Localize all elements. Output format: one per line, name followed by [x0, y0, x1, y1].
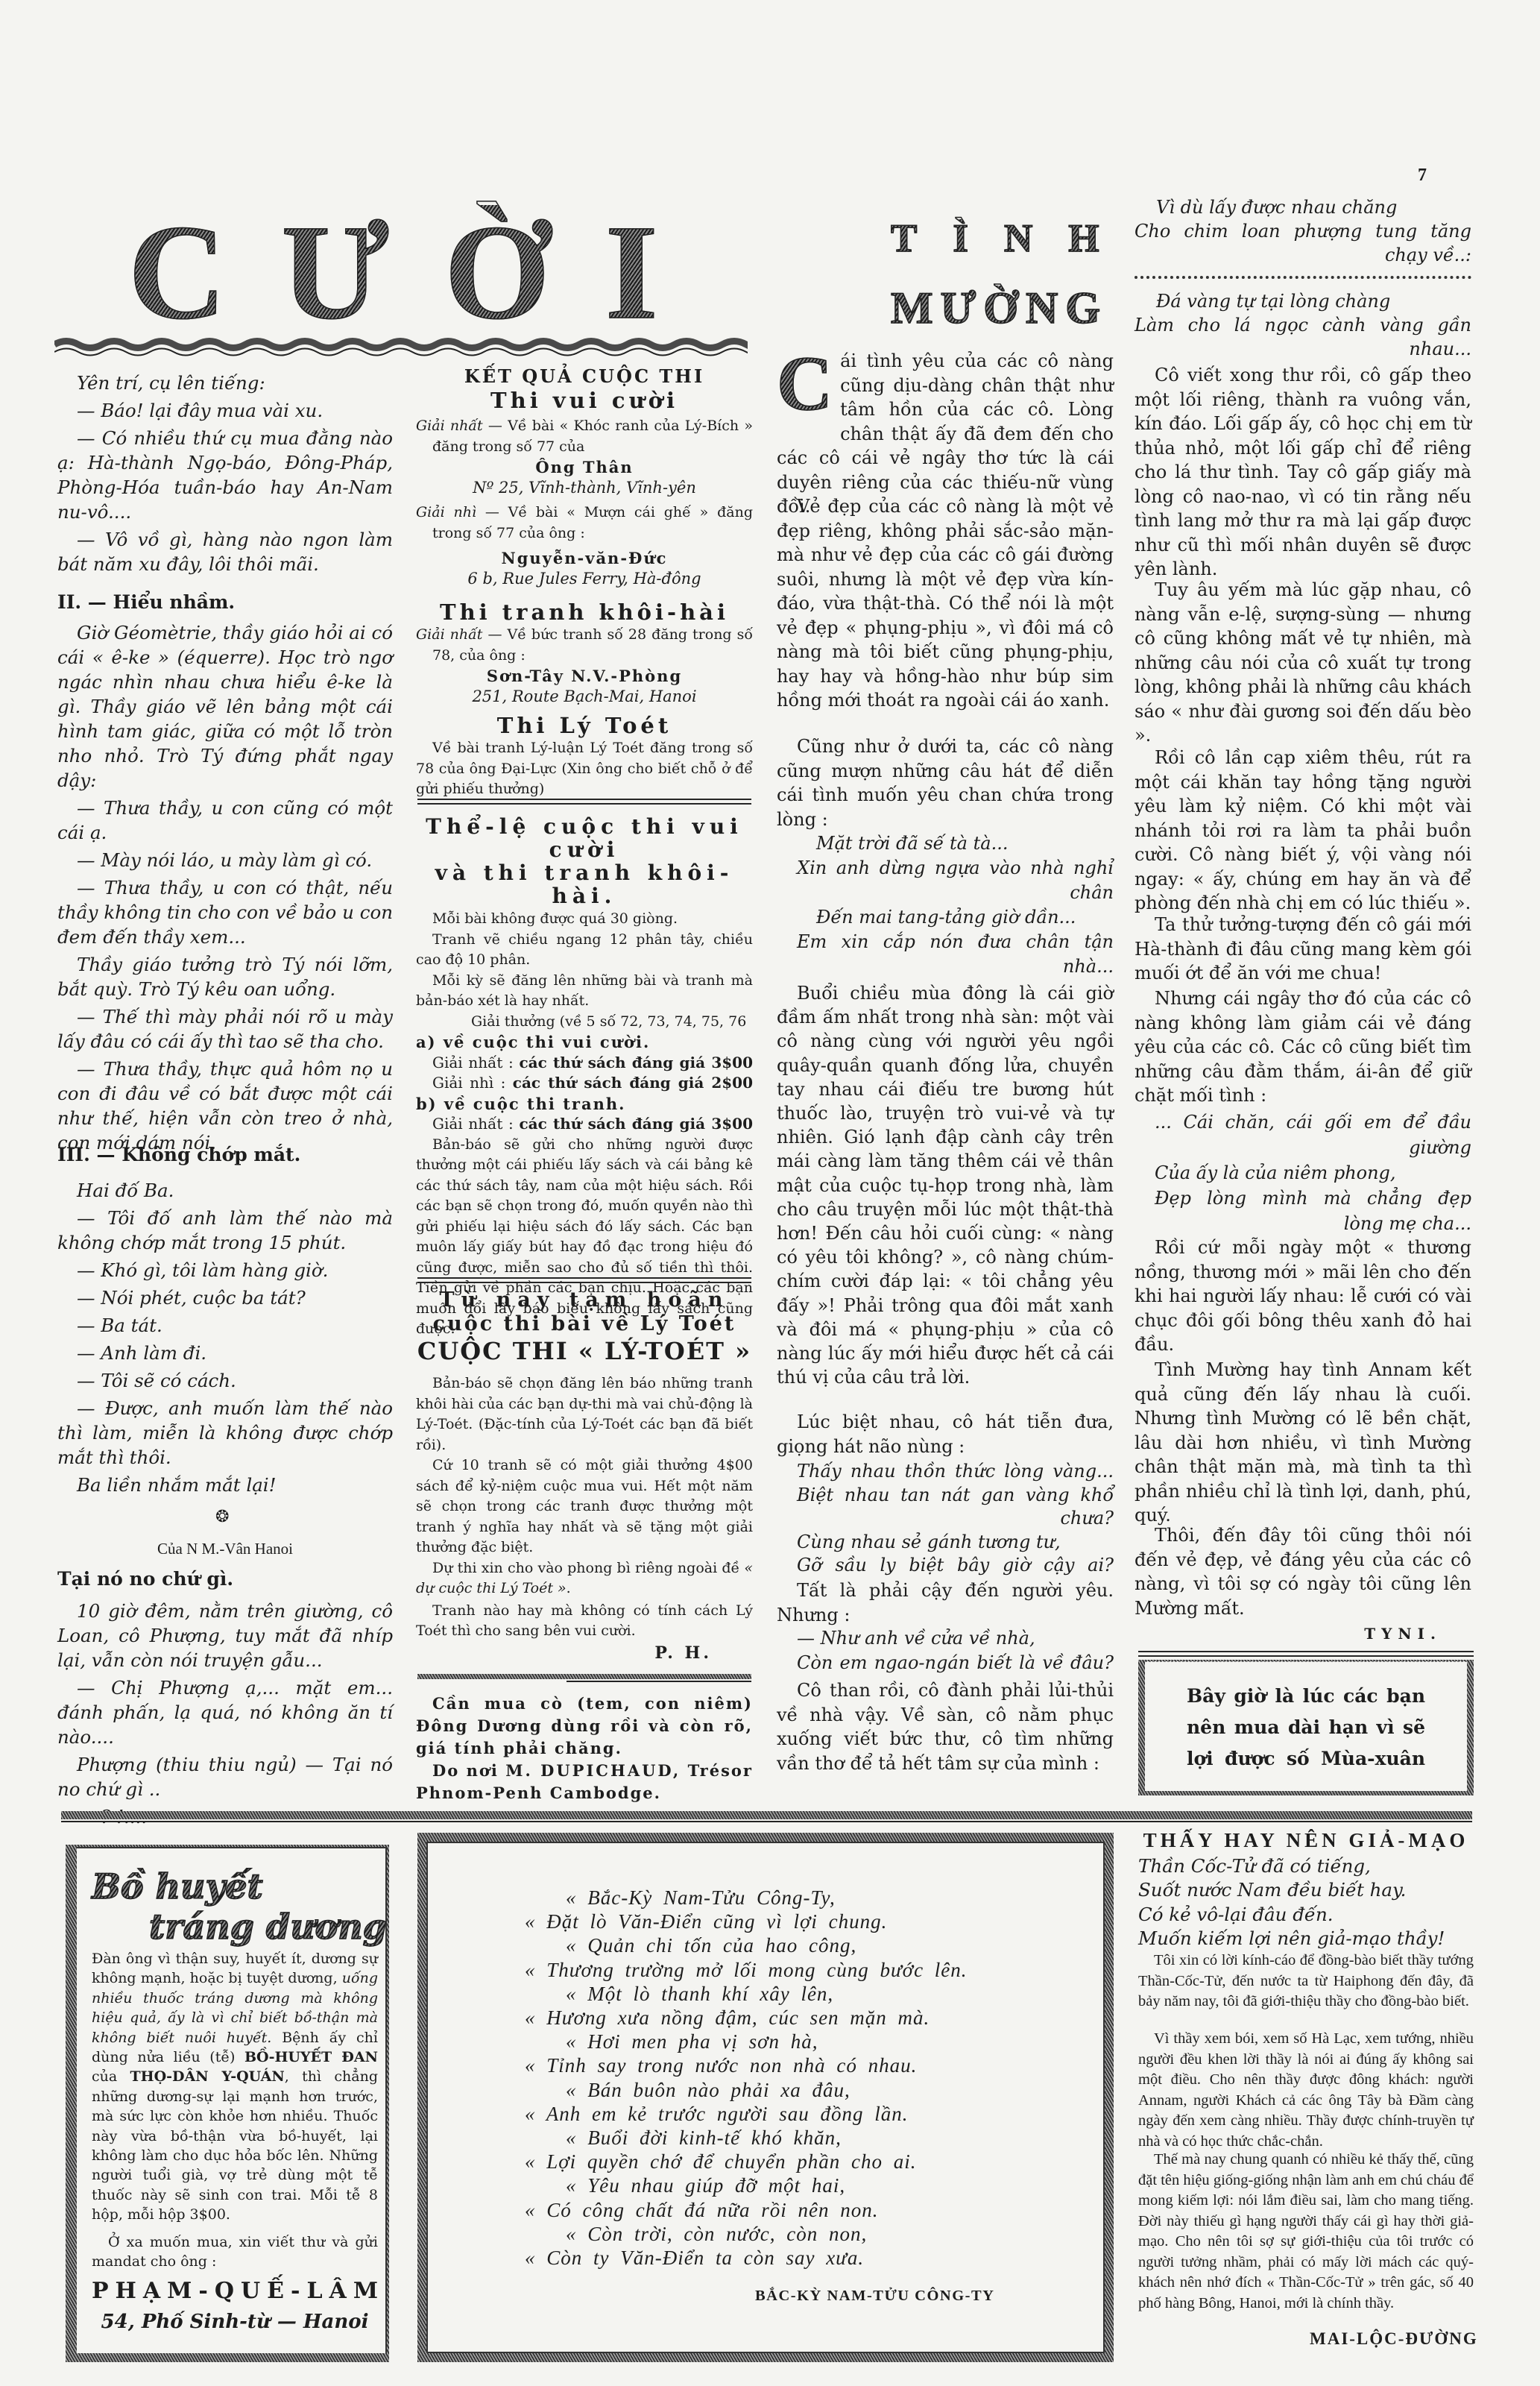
joke-story-4: Tại nó no chứ gì. 10 giờ đêm, nằm trên g…: [57, 1566, 393, 1829]
ad-seller-name: PHẠM-QUẾ-LÂM: [92, 2277, 378, 2305]
poem-line-tail: nhà...: [777, 954, 1114, 979]
poem-line: Đá vàng tự tại lòng chàng: [1135, 289, 1471, 313]
rule-item: Tranh vẽ chiều ngang 12 phân tây, chiều …: [416, 930, 753, 971]
ly-toet-text: Dự thi xin cho vào phong bì riêng ngoài …: [432, 1560, 744, 1576]
dot-leader: [1135, 267, 1471, 289]
stamp-contact-name: M. DUPICHAUD,: [505, 1761, 681, 1780]
ly-toet-paragraph: Dự thi xin cho vào phong bì riêng ngoài …: [416, 1558, 753, 1599]
joke-story-2: II. — Hiểu nhầm. Giờ Géomètrie, thầy giá…: [57, 589, 393, 1155]
joke-heading: II. — Hiểu nhầm.: [57, 589, 393, 616]
joke-paragraph: — Báo! lại đây mua vài xu.: [57, 398, 393, 423]
stamp-contact: Do nơi M. DUPICHAUD, Trésor Phnom-Penh C…: [416, 1760, 753, 1804]
joke-paragraph: — Anh làm đi.: [57, 1341, 393, 1365]
joke-heading: Tại nó no chứ gì.: [57, 1566, 393, 1593]
ly-toet-title-main: CUỘC THI « LÝ-TOÉT »: [416, 1336, 753, 1366]
article-paragraph: Thôi, đến đây tôi cũng thôi nói đến vẻ đ…: [1135, 1523, 1471, 1620]
ad-text: của: [92, 2068, 130, 2085]
prize-label: Giải nhất: [416, 418, 483, 434]
joke-paragraph: Yên trí, cụ lên tiếng:: [57, 371, 393, 395]
article-paragraph: Ta thử tưởng-tượng đến cô gái mới Hà-thà…: [1135, 913, 1471, 986]
joke-paragraph: — Được, anh muốn làm thế nào thì làm, mi…: [57, 1396, 393, 1470]
prize-label: Giải nhất :: [432, 1054, 519, 1071]
prize-value: các thứ sách đáng giá 3$00: [519, 1054, 753, 1071]
contest-section-heading: Thi vui cười: [416, 388, 753, 413]
joke-paragraph: — Thưa thầy, u con cũng có một cái ạ.: [57, 796, 393, 845]
joke-story-3: III. — Không chớp mắt. Hai đố Ba. — Tôi …: [57, 1142, 393, 1497]
ad-title: THẤY HAY NÊN GIẢ-MẠO: [1138, 1828, 1474, 1852]
article-paragraph: Cũng như ở dưới ta, các cô nàng cũng mượ…: [777, 734, 1114, 831]
article-signature: TYNI.: [1135, 1622, 1442, 1645]
joke-paragraph: — Tôi sẽ có cách.: [57, 1368, 393, 1393]
poem-line: Của ấy là của niêm phong,: [1135, 1160, 1471, 1186]
ad-paragraph: Thế mà nay chung quanh có nhiều kẻ thấy …: [1138, 2150, 1474, 2314]
contest-section-heading: Thi tranh khôi-hài: [416, 599, 753, 625]
poem-line-tail: chạy về..:: [1135, 243, 1471, 267]
poem-line: Biệt nhau tan nát gan vàng khổ: [777, 1484, 1114, 1508]
stamp-notice: Cần mua cò (tem, con niêm) Đông Dương dù…: [416, 1693, 753, 1804]
prize-label: Giải nhất :: [432, 1115, 519, 1133]
ad-poem: Thần Cốc-Tử đã có tiếng, Suốt nước Nam đ…: [1138, 1854, 1474, 1951]
ad-paragraph: Tôi xin có lời kính-cáo để đồng-bào biết…: [1138, 1951, 1474, 2012]
article-paragraph: Lúc biệt nhau, cô hát tiễn đưa, giọng há…: [777, 1410, 1114, 1458]
poem-line-tail: chân: [777, 881, 1114, 905]
joke-paragraph: Phượng (thiu thiu ngủ) — Tại nó no chứ g…: [57, 1752, 393, 1801]
joke-paragraph: — Ba tát.: [57, 1313, 393, 1338]
article-paragraph: Buổi chiều mùa đông là cái giờ đầm ấm nh…: [777, 981, 1114, 1389]
joke-paragraph: — Mày nói láo, u mày làm gì có.: [57, 848, 393, 872]
ad-poem-line: « Thương trường mở lối mong cùng bước lê…: [525, 1958, 1061, 1982]
joke-paragraph: — Tôi đố anh làm thế nào mà không chớp m…: [57, 1206, 393, 1255]
prizes-intro: Giải thưởng (về 5 số 72, 73, 74, 75, 76: [416, 1012, 753, 1033]
ly-toet-contest: Từ nay tạm hoãn cuộc thi bài về Lý Toét …: [416, 1288, 753, 1664]
prize-entry: Giải nhất — Về bài « Khóc ranh của Lý-Bí…: [416, 416, 753, 457]
rule-item: Mỗi kỳ sẽ đăng lên những bài và tranh mà…: [416, 971, 753, 1012]
joke-paragraph: 10 giờ đêm, nằm trên giường, cô Loan, cô…: [57, 1599, 393, 1672]
section-masthead-cuoi: CƯỜI: [128, 205, 713, 341]
joke-paragraph: — Vô vồ gì, hàng nào ngon làm bát năm xu…: [57, 527, 393, 576]
ad-poem-line: « Hơi men pha vị sơn hà,: [525, 2030, 1061, 2053]
joke-paragraph: — Thưa thầy, u con có thật, nếu thầy khô…: [57, 875, 393, 949]
page-number: 7: [1418, 166, 1427, 186]
poem-line-tail: giường: [1135, 1135, 1471, 1160]
ad-poem-line: « Có công chất đá nữa rồi nên non.: [525, 2198, 1061, 2222]
poem-line: Làm cho lá ngọc cành vàng gần: [1135, 313, 1471, 337]
folk-poem: Thấy nhau thồn thức lòng vàng... Biệt nh…: [777, 1460, 1114, 1578]
joke-credit: Của N M.-Vân Hanoi: [57, 1538, 393, 1559]
poem-line: Đến mai tang-tảng giờ dần...: [777, 905, 1114, 930]
stamp-notice-text: Cần mua cò (tem, con niêm) Đông Dương dù…: [416, 1693, 753, 1760]
ad-poem-line: Có kẻ vô-lại đâu đến.: [1138, 1903, 1474, 1927]
winner-address: Nº 25, Vĩnh-thành, Vĩnh-yên: [416, 478, 753, 499]
joke-paragraph: — Thế thì mày phải nói rõ u mày lấy đâu …: [57, 1004, 393, 1054]
winner-name: Nguyễn-văn-Đức: [416, 548, 753, 569]
prize-value: các thứ sách đáng giá 3$00: [519, 1115, 753, 1133]
joke-paragraph: — Chị Phượng ạ,... mặt em... đánh phấn, …: [57, 1675, 393, 1749]
ad-poem-line: « Tỉnh say trong nước non nhà có nhau.: [525, 2053, 1061, 2077]
article-paragraph: Rồi cứ mỗi ngày một « thương nồng, thươn…: [1135, 1236, 1471, 1357]
joke-paragraph: Giờ Géomètrie, thầy giáo hỏi ai có cái «…: [57, 620, 393, 793]
ad-body: Đàn ông vì thận suy, huyết ít, dương sự …: [92, 1949, 378, 2225]
winner-name: Sơn-Tây N.V.-Phòng: [416, 666, 753, 687]
article-paragraph: Vẻ đẹp của các cô nàng là một vẻ đẹp riê…: [777, 494, 1114, 713]
poem-line-tail: nhau...: [1135, 337, 1471, 361]
winner-address: 6 b, Rue Jules Ferry, Hà-đông: [416, 569, 753, 590]
stamp-contact-pre: Do nơi: [432, 1761, 505, 1780]
rule-item: Mỗi bài không được quá 30 giòng.: [416, 909, 753, 930]
contest-results: KẾT QUẢ CUỘC THI Thi vui cười Giải nhất …: [416, 365, 753, 800]
section-divider: [61, 1811, 1472, 1819]
poem-line: Còn em ngao-ngán biết là về đâu?: [777, 1651, 1114, 1675]
joke-paragraph: Hai đố Ba.: [57, 1178, 393, 1203]
prize-text: — Về bài « Mượn cái ghế » đăng trong số …: [432, 504, 753, 541]
letter-poem: Vì dù lấy được nhau chăng Cho chim loan …: [1135, 195, 1471, 361]
ad-poem-line: « Quản chi tốn của hao công,: [525, 1933, 1061, 1957]
folk-poem: Mặt trời đã sế tà tà... Xin anh dừng ngự…: [777, 831, 1114, 979]
decorative-rule: [417, 1674, 751, 1679]
poem-line-tail: chưa?: [777, 1507, 1114, 1531]
ad-poem-line: « Bắc-Kỳ Nam-Tửu Công-Ty,: [525, 1886, 1061, 1910]
ad-poem-line: « Đặt lò Văn-Điển cũng vì lợi chung.: [525, 1910, 1061, 1933]
article-paragraph: Tất là phải cậy đến người yêu. Nhưng :: [777, 1578, 1114, 1627]
ly-toet-paragraph: Cứ 10 tranh sẽ có một giải thưởng 4$00 s…: [416, 1455, 753, 1558]
ad-title-line-2: tráng dương: [149, 1907, 387, 1947]
ad-poem-line: Suốt nước Nam đều biết hay.: [1138, 1878, 1474, 1902]
prize-label: Giải nhì: [416, 504, 476, 520]
article-paragraph: Tuy âu yếm mà lúc gặp nhau, cô nàng vẫn …: [1135, 578, 1471, 748]
prize-label: Giải nhì :: [432, 1074, 513, 1092]
poem-line: — Như anh về cửa về nhà,: [777, 1626, 1114, 1651]
poem-line: Thấy nhau thồn thức lòng vàng...: [777, 1460, 1114, 1484]
ly-toet-paragraph: Tranh nào hay mà không có tính cách Lý T…: [416, 1601, 753, 1642]
subscription-line: nên mua dài hạn vì sẽ: [1187, 1712, 1425, 1743]
ad-poem-line: « Lợi quyền chớ để chuyển phần cho ai.: [525, 2150, 1061, 2173]
poem-line: Xin anh dừng ngựa vào nhà nghỉ: [777, 856, 1114, 881]
winner-address: 251, Route Bạch-Mai, Hanoi: [416, 687, 753, 708]
ad-signature: BẮC-KỲ NAM-TỬU CÔNG-TY: [755, 2288, 995, 2305]
ad-paragraph: Vì thầy xem bói, xem số Hà Lạc, xem tướn…: [1138, 2029, 1474, 2152]
double-rule: [417, 1277, 751, 1283]
ad-seller-address: 54, Phố Sinh-từ — Hanoi: [92, 2309, 378, 2335]
ad-order-note: Ở xa muốn mua, xin viết thư và gửi manda…: [92, 2232, 378, 2272]
ad-poem-line: « Buổi đời kinh-tế khó khăn,: [525, 2126, 1061, 2150]
poem-line-tail: lòng mẹ cha...: [1135, 1211, 1471, 1236]
folk-poem: — Như anh về cửa về nhà, Còn em ngao-ngá…: [777, 1626, 1114, 1675]
ad-signature: MAI-LỘC-ĐƯỜNG: [1310, 2329, 1478, 2349]
winner-name: Ông Thân: [416, 457, 753, 478]
prize-line: Giải nhì : các thứ sách đáng giá 2$00: [416, 1073, 753, 1094]
article-paragraph: Nhưng cái ngây thơ đó của các cô nàng kh…: [1135, 986, 1471, 1108]
poem-line: Cùng nhau sẻ gánh tương tư,: [777, 1531, 1114, 1555]
ad-poem-line: « Một lò thanh khí xây lên,: [525, 1982, 1061, 2006]
contest-results-title: KẾT QUẢ CUỘC THI: [416, 365, 753, 388]
contest-rules-title: Thể-lệ cuộc thi vui cười: [416, 815, 753, 861]
ad-poem-line: « Còn ty Văn-Điển ta còn say xưa.: [525, 2246, 1061, 2270]
drop-cap: C: [777, 353, 833, 424]
ly-toet-result: Về bài tranh Lý-luận Lý Toét đăng trong …: [416, 738, 753, 800]
poem-line: Đẹp lòng mình mà chẳng đẹp: [1135, 1186, 1471, 1211]
poem-line: Cho chim loan phượng tung tăng: [1135, 219, 1471, 243]
poem-line: Vì dù lấy được nhau chăng: [1135, 195, 1471, 219]
joke-paragraph: Ba liền nhắm mắt lại!: [57, 1473, 393, 1497]
double-rule: [417, 799, 751, 805]
subscription-line: lợi được số Mùa-xuân: [1187, 1743, 1425, 1775]
article-title-line-2: MƯỜNG: [891, 286, 1108, 330]
ad-maker-name: THỌ-DÂN Y-QUÁN: [130, 2068, 285, 2085]
section-divider-line: [61, 1821, 1472, 1822]
article-paragraph: Cô than rồi, cô đành phải lủi-thủi về nh…: [777, 1678, 1114, 1775]
ad-poem-line: « Anh em kẻ trước người sau đồng lần.: [525, 2102, 1061, 2126]
article-paragraph: Cô viết xong thư rồi, cô gấp theo một lố…: [1135, 363, 1471, 582]
wavy-rule: [54, 331, 748, 361]
contest-rules: Thể-lệ cuộc thi vui cười và thi tranh kh…: [416, 815, 753, 1340]
ad-poem-line: « Bán buôn nào phải xa đâu,: [525, 2078, 1061, 2102]
ly-toet-title: Từ nay tạm hoãn: [416, 1288, 753, 1312]
prize-category: b) về cuộc thi tranh.: [416, 1094, 753, 1115]
subscription-line: Bây giờ là lúc các bạn: [1187, 1681, 1425, 1712]
contest-rules-title: và thi tranh khôi-hài.: [416, 861, 753, 907]
ad-title-line-1: Bồ huyết: [92, 1866, 263, 1907]
prize-entry: Giải nhất — Về bức tranh số 28 đăng tron…: [416, 625, 753, 666]
joke-paragraph: — Nói phét, cuộc ba tát?: [57, 1285, 393, 1310]
prize-label: Giải nhất: [416, 626, 482, 643]
joke-paragraph: Thầy giáo tưởng trò Tý nói lỡm, bắt quỳ.…: [57, 952, 393, 1001]
ad-product-name: BỒ-HUYẾT ĐAN: [244, 2049, 378, 2065]
ly-toet-text: .: [567, 1580, 571, 1596]
prize-line: Giải nhất : các thứ sách đáng giá 3$00: [416, 1114, 753, 1135]
thin-rule: [567, 1681, 751, 1682]
poem-line: Em xin cắp nón đưa chân tận: [777, 930, 1114, 954]
ly-toet-paragraph: Bản-báo sẽ chọn đăng lên báo những tranh…: [416, 1373, 753, 1455]
prize-category: a) về cuộc thi vui cười.: [416, 1032, 753, 1053]
poem-line: Mặt trời đã sế tà tà...: [777, 831, 1114, 856]
ad-poem-line: « Yêu nhau giúp đỡ một hai,: [525, 2173, 1061, 2197]
prize-line: Giải nhất : các thứ sách đáng giá 3$00: [416, 1053, 753, 1074]
ad-text: Đàn ông vì thận suy, huyết ít, dương sự …: [92, 1951, 378, 1986]
contest-section-heading: Thi Lý Toét: [416, 713, 753, 738]
prize-entry: Giải nhì — Về bài « Mượn cái ghế » đăng …: [416, 503, 753, 544]
ad-poem-line: Muốn kiếm lợi nên giả-mạo thầy!: [1138, 1927, 1474, 1951]
ornament-icon: ❂: [215, 1508, 229, 1526]
ad-poem-line: Thần Cốc-Tử đã có tiếng,: [1138, 1854, 1474, 1878]
article-paragraph: Cái tình yêu của các cô nàng cũng dịu-dà…: [777, 349, 1114, 519]
joke-paragraph: — Có nhiều thứ cụ mua đằng nào ạ: Hà-thà…: [57, 426, 393, 524]
double-rule: [1138, 1651, 1474, 1657]
ad-text: , thì chẳng những dương-sự lại mạnh hơn …: [92, 2068, 378, 2223]
article-paragraph: Tình Mường hay tình Annam kết quả cũng đ…: [1135, 1358, 1471, 1528]
joke-story-1: Yên trí, cụ lên tiếng: — Báo! lại đây mu…: [57, 371, 393, 576]
ly-toet-signature: P. H.: [416, 1642, 753, 1664]
joke-paragraph: — Thưa thầy, thực quả hôm nọ u con đi đâ…: [57, 1057, 393, 1155]
article-paragraph: Rồi cô lần cạp xiêm thêu, rút ra một cái…: [1135, 746, 1471, 916]
poem-line: Gỡ sầu ly biệt bây giờ cậy ai?: [777, 1554, 1114, 1578]
joke-heading: III. — Không chớp mắt.: [57, 1142, 393, 1168]
joke-paragraph: — Khó gì, tôi làm hàng giờ.: [57, 1258, 393, 1282]
ad-poem-line: « Hương xưa nồng đậm, cúc sen mặn mà.: [525, 2006, 1061, 2030]
folk-poem: ... Cái chăn, cái gối em để đầu giường C…: [1135, 1109, 1471, 1236]
ad-poem: « Bắc-Kỳ Nam-Tửu Công-Ty, « Đặt lò Văn-Đ…: [525, 1886, 1061, 2270]
ly-toet-title: cuộc thi bài về Lý Toét: [416, 1312, 753, 1336]
article-title-line-1: TÌNH: [891, 219, 1135, 259]
prize-value: các thứ sách đáng giá 2$00: [513, 1074, 753, 1092]
ad-poem-line: « Còn trời, còn nước, còn non,: [525, 2222, 1061, 2246]
poem-line: ... Cái chăn, cái gối em để đầu: [1135, 1109, 1471, 1135]
